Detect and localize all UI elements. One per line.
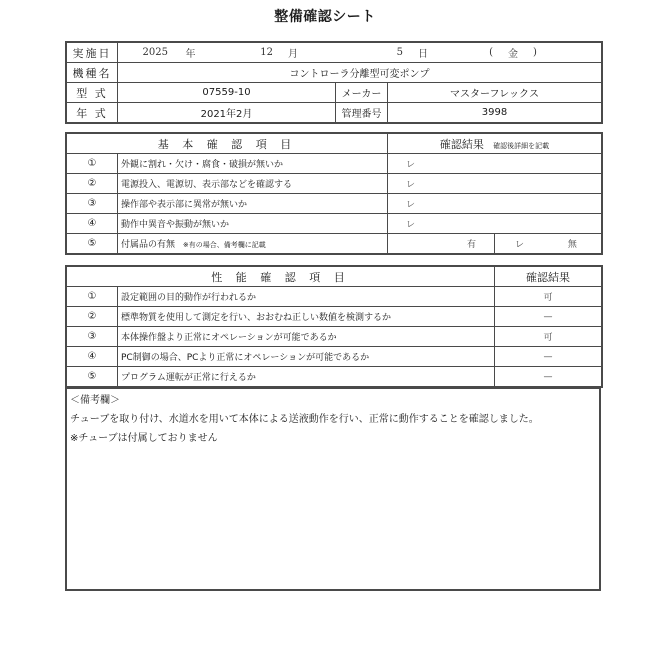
basic-check-row: ① 外観に割れ・欠け・腐食・破損が無いか レ xyxy=(67,154,602,174)
item-text: 標準物質を使用して測定を行い、おおむね正しい数値を検測するか xyxy=(118,307,495,327)
control-number-value: 3998 xyxy=(388,103,602,123)
page-title: 整備確認シート xyxy=(0,6,650,26)
remarks-box: ＜備考欄＞ チューブを取り付け、水道水を用いて本体による送液動作を行い、正常に動… xyxy=(66,389,600,590)
model-name-label: 機種名 xyxy=(67,63,118,83)
model-type-value: 07559-10 xyxy=(118,83,336,103)
maker-label: メーカー xyxy=(336,83,388,103)
item-text: 電源投入、電源切、表示部などを確認する xyxy=(118,174,388,194)
accessory-mark: レ xyxy=(495,237,565,250)
accessory-yes-label: 有 xyxy=(388,234,495,254)
remarks-line: チューブを取り付け、水道水を用いて本体による送液動作を行い、正常に動作することを… xyxy=(70,410,596,429)
item-result-check: レ xyxy=(388,194,602,214)
item-number: ② xyxy=(67,307,118,327)
model-type-label: 型 式 xyxy=(67,83,118,103)
date-row: 実施日 2025 年 12 月 5 日 ( 金 ) xyxy=(67,43,602,63)
item-text: 動作中異音や振動が無いか xyxy=(118,214,388,234)
performance-result-header: 確認結果 xyxy=(495,267,602,287)
performance-check-row: ② 標準物質を使用して測定を行い、おおむね正しい数値を検測するか — xyxy=(67,307,602,327)
item-number: ⑤ xyxy=(67,234,118,254)
performance-check-row: ③ 本体操作盤より正常にオペレーションが可能であるか 可 xyxy=(67,327,602,347)
item-result: — xyxy=(495,307,602,327)
item-number: ① xyxy=(67,154,118,174)
basic-check-header-row: 基 本 確 認 項 目 確認結果 確認後詳細を記載 xyxy=(67,134,602,154)
remarks-label: ＜備考欄＞ xyxy=(70,391,596,410)
date-month-unit: 月 xyxy=(273,45,313,60)
item-number: ① xyxy=(67,287,118,307)
item-number: ③ xyxy=(67,327,118,347)
item-number: ② xyxy=(67,174,118,194)
accessory-item: 付属品の有無 ※有の場合、備考欄に記載 xyxy=(118,234,388,254)
performance-check-table: 性 能 確 認 項 目 確認結果 ① 設定範囲の目的動作が行われるか 可 ② 標… xyxy=(66,266,602,387)
date-year: 2025 xyxy=(118,47,168,58)
date-month: 12 xyxy=(213,47,273,58)
performance-check-header: 性 能 確 認 項 目 xyxy=(67,267,495,287)
weekday-open-paren: ( xyxy=(443,47,493,58)
item-result: — xyxy=(495,347,602,367)
item-text: 本体操作盤より正常にオペレーションが可能であるか xyxy=(118,327,495,347)
item-result-check: レ xyxy=(388,174,602,194)
result-header-label: 確認結果 xyxy=(440,138,484,151)
model-name-value: コントローラ分離型可変ポンプ xyxy=(118,63,602,83)
year-model-row: 年 式 2021年2月 管理番号 3998 xyxy=(67,103,602,123)
accessory-row: ⑤ 付属品の有無 ※有の場合、備考欄に記載 有 レ 無 xyxy=(67,234,602,254)
year-model-label: 年 式 xyxy=(67,103,118,123)
date-label: 実施日 xyxy=(67,43,118,63)
performance-check-row: ⑤ プログラム運転が正常に行えるか — xyxy=(67,367,602,387)
date-day: 5 xyxy=(313,47,403,58)
item-result-check: レ xyxy=(388,214,602,234)
item-number: ⑤ xyxy=(67,367,118,387)
accessory-text: 付属品の有無 xyxy=(121,240,175,250)
date-weekday: 金 xyxy=(493,45,533,60)
item-text: プログラム運転が正常に行えるか xyxy=(118,367,495,387)
basic-check-row: ③ 操作部や表示部に異常が無いか レ xyxy=(67,194,602,214)
item-text: 設定範囲の目的動作が行われるか xyxy=(118,287,495,307)
performance-check-row: ④ PC制御の場合、PCより正常にオペレーションが可能であるか — xyxy=(67,347,602,367)
accessory-note: ※有の場合、備考欄に記載 xyxy=(183,241,266,249)
date-year-unit: 年 xyxy=(168,45,213,60)
accessory-no-label: 無 xyxy=(568,240,577,250)
basic-check-row: ④ 動作中異音や振動が無いか レ xyxy=(67,214,602,234)
remarks-line: ※チューブは付属しておりません xyxy=(70,429,596,448)
item-text: 外観に割れ・欠け・腐食・破損が無いか xyxy=(118,154,388,174)
basic-check-row: ② 電源投入、電源切、表示部などを確認する レ xyxy=(67,174,602,194)
item-text: PC制御の場合、PCより正常にオペレーションが可能であるか xyxy=(118,347,495,367)
performance-check-header-row: 性 能 確 認 項 目 確認結果 xyxy=(67,267,602,287)
item-result: — xyxy=(495,367,602,387)
control-number-label: 管理番号 xyxy=(336,103,388,123)
equipment-info-table: 実施日 2025 年 12 月 5 日 ( 金 ) 機種名 コントローラ分離型可… xyxy=(66,42,602,123)
basic-check-table: 基 本 確 認 項 目 確認結果 確認後詳細を記載 ① 外観に割れ・欠け・腐食・… xyxy=(66,133,602,254)
weekday-close-paren: ) xyxy=(533,47,558,58)
model-name-row: 機種名 コントローラ分離型可変ポンプ xyxy=(67,63,602,83)
year-model-value: 2021年2月 xyxy=(118,103,336,123)
date-day-unit: 日 xyxy=(403,45,443,60)
item-result: 可 xyxy=(495,327,602,347)
item-result: 可 xyxy=(495,287,602,307)
basic-check-result-header: 確認結果 確認後詳細を記載 xyxy=(388,134,602,154)
maker-value: マスターフレックス xyxy=(388,83,602,103)
item-result-check: レ xyxy=(388,154,602,174)
item-number: ③ xyxy=(67,194,118,214)
item-number: ④ xyxy=(67,214,118,234)
model-type-row: 型 式 07559-10 メーカー マスターフレックス xyxy=(67,83,602,103)
item-text: 操作部や表示部に異常が無いか xyxy=(118,194,388,214)
date-value: 2025 年 12 月 5 日 ( 金 ) xyxy=(118,43,602,63)
result-header-note: 確認後詳細を記載 xyxy=(493,142,549,150)
performance-check-row: ① 設定範囲の目的動作が行われるか 可 xyxy=(67,287,602,307)
item-number: ④ xyxy=(67,347,118,367)
accessory-no-cell: レ 無 xyxy=(495,234,602,254)
basic-check-header: 基 本 確 認 項 目 xyxy=(67,134,388,154)
